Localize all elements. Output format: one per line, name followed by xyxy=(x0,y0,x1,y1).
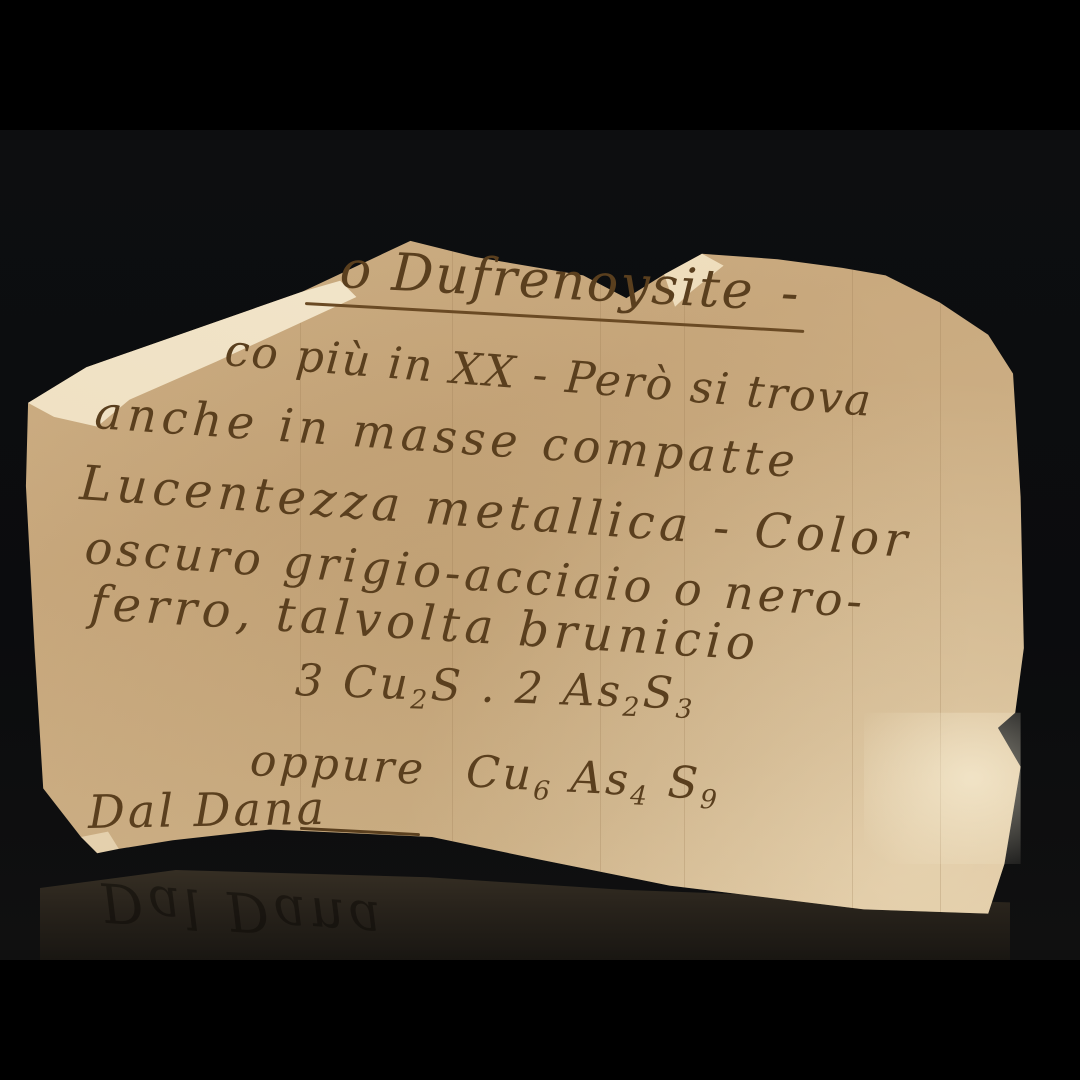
signature: Dal Dana xyxy=(88,781,328,839)
paper-label: o Dufrenoysite - co più in XX - Però si … xyxy=(0,0,1080,1080)
formula-1-subscript: 3 xyxy=(675,694,696,726)
formula-2-subscript: 9 xyxy=(699,784,720,816)
formula-2-part: S xyxy=(649,756,702,810)
formula-1-part: 3 Cu xyxy=(294,655,412,710)
formula-2-subscript: 4 xyxy=(629,780,650,812)
formula-2-part: As xyxy=(552,751,632,806)
formula-2-part: Cu xyxy=(465,746,536,800)
formula-2-subscript: 6 xyxy=(532,775,553,807)
formula-1-subscript: 2 xyxy=(622,692,643,724)
formula-1-part: S xyxy=(642,667,677,719)
formula-1-subscript: 2 xyxy=(410,684,431,716)
title-dash: - xyxy=(779,263,802,324)
formula-1-part: S . 2 As xyxy=(430,660,624,718)
